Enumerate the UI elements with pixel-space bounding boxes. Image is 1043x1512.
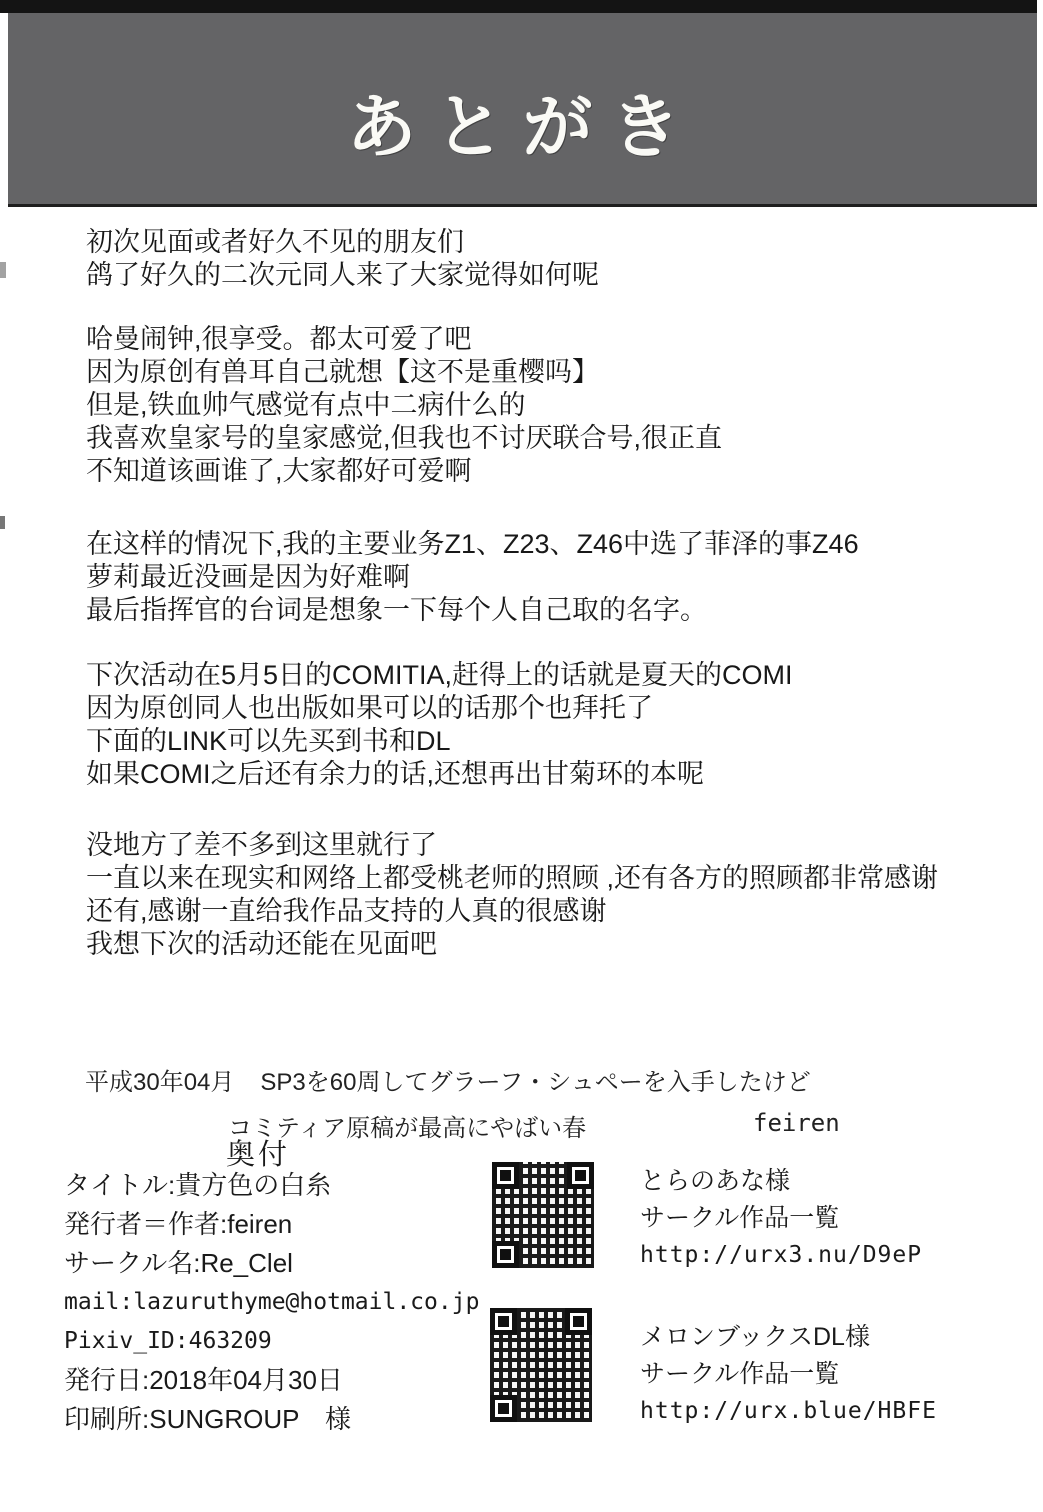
text-line: 下面的LINK可以先买到书和DL xyxy=(86,725,1001,758)
text-line: 最后指挥官的台词是想象一下每个人自己取的名字。 xyxy=(86,594,1001,627)
text-line: 因为原创有兽耳自己就想【这不是重樱吗】 xyxy=(86,356,1001,389)
header-banner: あとがき xyxy=(8,13,1037,207)
paragraph-thanks: 没地方了差不多到这里就行了 一直以来在现实和网络上都受桃老师的照顾 ,还有各方的… xyxy=(86,829,1001,961)
paragraph-choice: 在这样的情况下,我的主要业务Z1、Z23、Z46中选了菲泽的事Z46 萝莉最近没… xyxy=(86,528,1001,627)
colophon-list: タイトル:貴方色の白糸 発行者＝作者:feiren サークル名:Re_Clel … xyxy=(64,1166,479,1439)
afterword-body: 初次见面或者好久不见的朋友们 鸽了好久的二次元同人来了大家觉得如何呢 哈曼闹钟,… xyxy=(86,226,1001,961)
scan-artifact xyxy=(0,262,6,278)
text-line: 鸽了好久的二次元同人来了大家觉得如何呢 xyxy=(86,259,1001,292)
author-signature: feiren xyxy=(753,1109,840,1137)
text-line: 因为原创同人也出版如果可以的话那个也拜托了 xyxy=(86,692,1001,725)
text-line: 下次活动在5月5日的COMITIA,赶得上的话就是夏天的COMI xyxy=(86,659,1001,692)
colophon-entry-printer: 印刷所:SUNGROUP 様 xyxy=(64,1400,479,1439)
paragraph-characters: 哈曼闹钟,很享受。都太可爱了吧 因为原创有兽耳自己就想【这不是重樱吗】 但是,铁… xyxy=(86,323,1001,488)
scanned-afterword-page: あとがき 初次见面或者好久不见的朋友们 鸽了好久的二次元同人来了大家觉得如何呢 … xyxy=(0,0,1043,1512)
qr-code-melonbooks xyxy=(490,1308,592,1422)
store-link-melonbooks: メロンブックスDL様 サークル作品一覧 http://urx.blue/HBFE xyxy=(640,1324,937,1435)
text-line: 不知道该画谁了,大家都好可爱啊 xyxy=(86,455,1001,488)
paragraph-greeting: 初次见面或者好久不见的朋友们 鸽了好久的二次元同人来了大家觉得如何呢 xyxy=(86,226,1001,292)
banner-top-strip xyxy=(0,0,1037,13)
colophon-entry-author: 発行者＝作者:feiren xyxy=(64,1205,479,1244)
text-line: 初次见面或者好久不见的朋友们 xyxy=(86,226,1001,259)
store-url: http://urx3.nu/D9eP xyxy=(640,1242,922,1268)
colophon-entry-title: タイトル:貴方色の白糸 xyxy=(64,1166,479,1205)
text-line: 萝莉最近没画是因为好难啊 xyxy=(86,561,1001,594)
paragraph-next-event: 下次活动在5月5日的COMITIA,赶得上的话就是夏天的COMI 因为原创同人也… xyxy=(86,659,1001,791)
qr-finder-icon xyxy=(492,1162,519,1189)
store-name: とらのあな様 xyxy=(640,1168,922,1194)
text-line: 我想下次的活动还能在见面吧 xyxy=(86,928,1001,961)
era-date: 平成30年04月 xyxy=(85,1062,234,1097)
qr-finder-icon xyxy=(490,1308,517,1335)
text-line: 但是,铁血帅气感觉有点中二病什么的 xyxy=(86,389,1001,422)
store-label: サークル作品一覧 xyxy=(640,1361,937,1387)
colophon-entry-publish-date: 発行日:2018年04月30日 xyxy=(64,1361,479,1400)
page-title: あとがき xyxy=(8,71,1037,172)
text-line: 哈曼闹钟,很享受。都太可爱了吧 xyxy=(86,323,1001,356)
colophon-entry-circle: サークル名:Re_Clel xyxy=(64,1244,479,1283)
store-link-toranoana: とらのあな様 サークル作品一覧 http://urx3.nu/D9eP xyxy=(640,1168,922,1279)
store-label: サークル作品一覧 xyxy=(640,1205,922,1231)
text-line: 一直以来在现实和网络上都受桃老师的照顾 ,还有各方的照顾都非常感谢 xyxy=(86,862,1001,895)
date-note-text1: SP3を60周してグラーフ・シュペーを入手したけど xyxy=(260,1062,810,1097)
text-line: 如果COMI之后还有余力的话,还想再出甘菊环的本呢 xyxy=(86,758,1001,791)
qr-code-toranoana xyxy=(492,1162,594,1268)
qr-finder-icon xyxy=(565,1308,592,1335)
qr-finder-icon xyxy=(567,1162,594,1189)
qr-finder-icon xyxy=(490,1395,517,1422)
text-line: 还有,感谢一直给我作品支持的人真的很感谢 xyxy=(86,895,1001,928)
text-line: 没地方了差不多到这里就行了 xyxy=(86,829,1001,862)
store-name: メロンブックスDL様 xyxy=(640,1324,937,1350)
store-url: http://urx.blue/HBFE xyxy=(640,1398,937,1424)
scan-artifact xyxy=(0,516,5,529)
text-line: 在这样的情况下,我的主要业务Z1、Z23、Z46中选了菲泽的事Z46 xyxy=(86,528,1001,561)
date-note-line2: コミティア原稿が最高にやばい春 feiren xyxy=(85,1108,965,1143)
date-note: 平成30年04月 SP3を60周してグラーフ・シュペーを入手したけど コミティア… xyxy=(85,1062,965,1143)
date-note-line1: 平成30年04月 SP3を60周してグラーフ・シュペーを入手したけど xyxy=(85,1062,965,1097)
colophon-entry-pixiv-id: Pixiv_ID:463209 xyxy=(64,1322,479,1361)
qr-finder-icon xyxy=(492,1241,519,1268)
text-line: 我喜欢皇家号的皇家感觉,但我也不讨厌联合号,很正直 xyxy=(86,422,1001,455)
colophon-entry-mail: mail:lazuruthyme@hotmail.co.jp xyxy=(64,1283,479,1322)
